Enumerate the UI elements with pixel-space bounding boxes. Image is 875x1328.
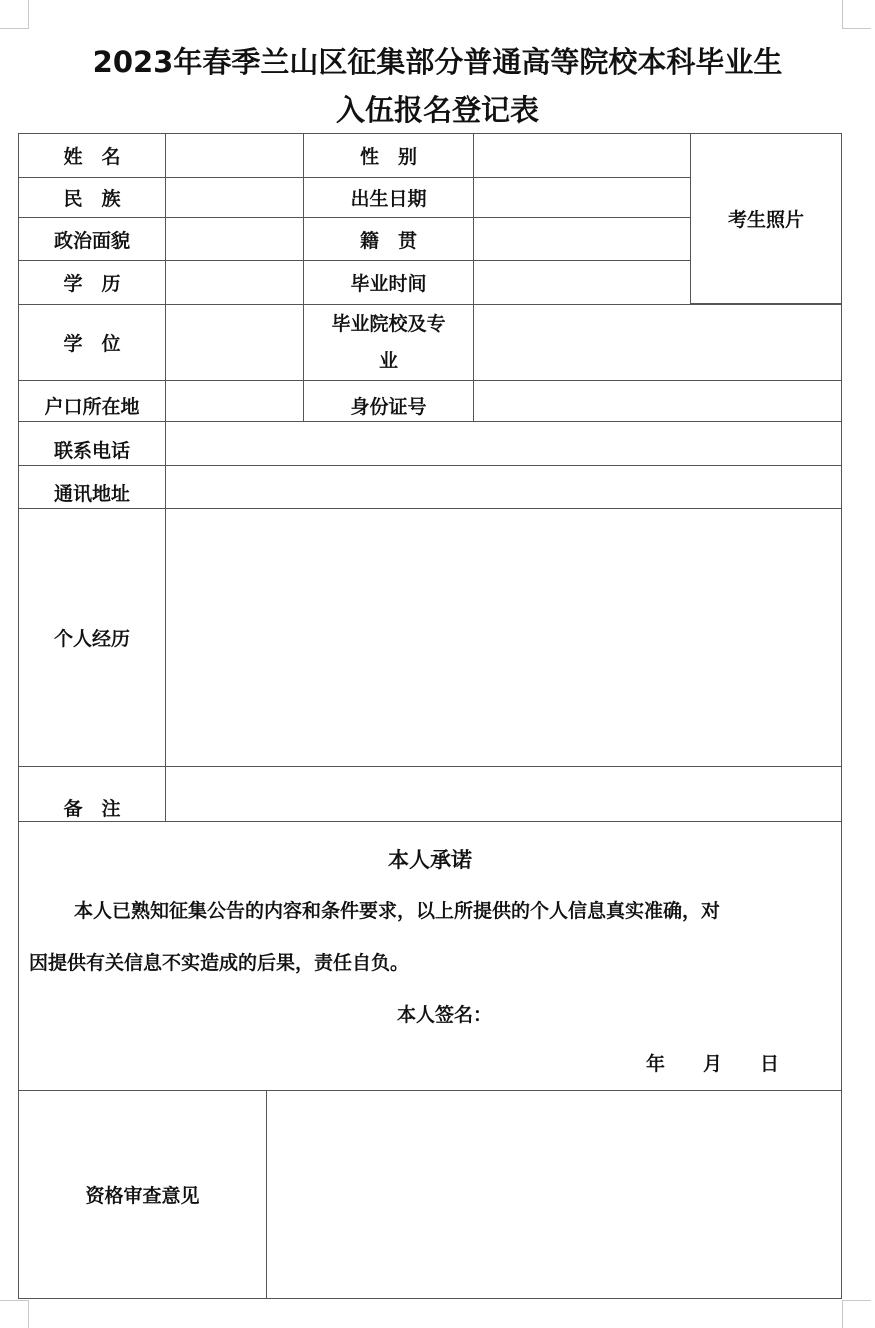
- registration-form-table: 姓 名 性 别 考生照片 民 族 出生日期 政治面貌 籍 贯 学 历 毕业时间 …: [18, 133, 842, 1299]
- remarks-field[interactable]: [165, 766, 842, 822]
- personal-history-field[interactable]: [165, 508, 842, 767]
- address-label: 通讯地址: [18, 465, 166, 509]
- personal-history-label: 个人经历: [18, 508, 166, 767]
- phone-label: 联系电话: [18, 421, 166, 466]
- household-location-field[interactable]: [165, 380, 304, 422]
- signature-date: 年月日: [646, 1049, 817, 1076]
- pledge-section: 本人承诺 本人已熟知征集公告的内容和条件要求，以上所提供的个人信息真实准确，对 …: [18, 821, 842, 1091]
- name-field[interactable]: [165, 133, 304, 178]
- name-label: 姓 名: [18, 133, 166, 178]
- pledge-text-line1: 本人已熟知征集公告的内容和条件要求，以上所提供的个人信息真实准确，对: [74, 896, 720, 923]
- graduation-time-field[interactable]: [473, 260, 691, 305]
- native-place-field[interactable]: [473, 217, 691, 261]
- ethnicity-field[interactable]: [165, 177, 304, 218]
- remarks-label: 备 注: [18, 766, 166, 822]
- birth-date-label: 出生日期: [303, 177, 474, 218]
- date-day-label: 日: [760, 1049, 779, 1076]
- school-major-field[interactable]: [473, 304, 842, 381]
- document-title-line1: 2023年春季兰山区征集部分普通高等院校本科毕业生: [0, 40, 875, 81]
- degree-field[interactable]: [165, 304, 304, 381]
- date-month-label: 月: [703, 1049, 722, 1076]
- photo-label: 考生照片: [728, 205, 804, 232]
- gender-field[interactable]: [473, 133, 691, 178]
- education-label: 学 历: [18, 260, 166, 305]
- pledge-text-line2: 因提供有关信息不实造成的后果，责任自负。: [29, 948, 409, 975]
- school-major-label: 毕业院校及专 业: [303, 304, 474, 381]
- crop-mark-bottom-left: [0, 1300, 29, 1328]
- political-status-label: 政治面貌: [18, 217, 166, 261]
- qualification-review-label: 资格审查意见: [18, 1090, 267, 1299]
- graduation-time-label: 毕业时间: [303, 260, 474, 305]
- school-major-label-line2: 业: [379, 343, 398, 379]
- phone-field[interactable]: [165, 421, 842, 466]
- crop-mark-bottom-right: [842, 1300, 871, 1328]
- signature-label: 本人签名：: [397, 1000, 492, 1027]
- gender-label: 性 别: [303, 133, 474, 178]
- native-place-label: 籍 贯: [303, 217, 474, 261]
- education-field[interactable]: [165, 260, 304, 305]
- document-title-line2: 入伍报名登记表: [0, 88, 875, 129]
- birth-date-field[interactable]: [473, 177, 691, 218]
- qualification-review-field[interactable]: [266, 1090, 842, 1299]
- pledge-title: 本人承诺: [19, 844, 841, 874]
- ethnicity-label: 民 族: [18, 177, 166, 218]
- crop-mark-top-left: [0, 0, 29, 29]
- degree-label: 学 位: [18, 304, 166, 381]
- photo-box[interactable]: 考生照片: [690, 133, 842, 304]
- school-major-label-line1: 毕业院校及专: [331, 306, 445, 342]
- id-number-label: 身份证号: [303, 380, 474, 422]
- id-number-field[interactable]: [473, 380, 842, 422]
- address-field[interactable]: [165, 465, 842, 509]
- date-year-label: 年: [646, 1049, 665, 1076]
- crop-mark-top-right: [842, 0, 871, 29]
- household-location-label: 户口所在地: [18, 380, 166, 422]
- political-status-field[interactable]: [165, 217, 304, 261]
